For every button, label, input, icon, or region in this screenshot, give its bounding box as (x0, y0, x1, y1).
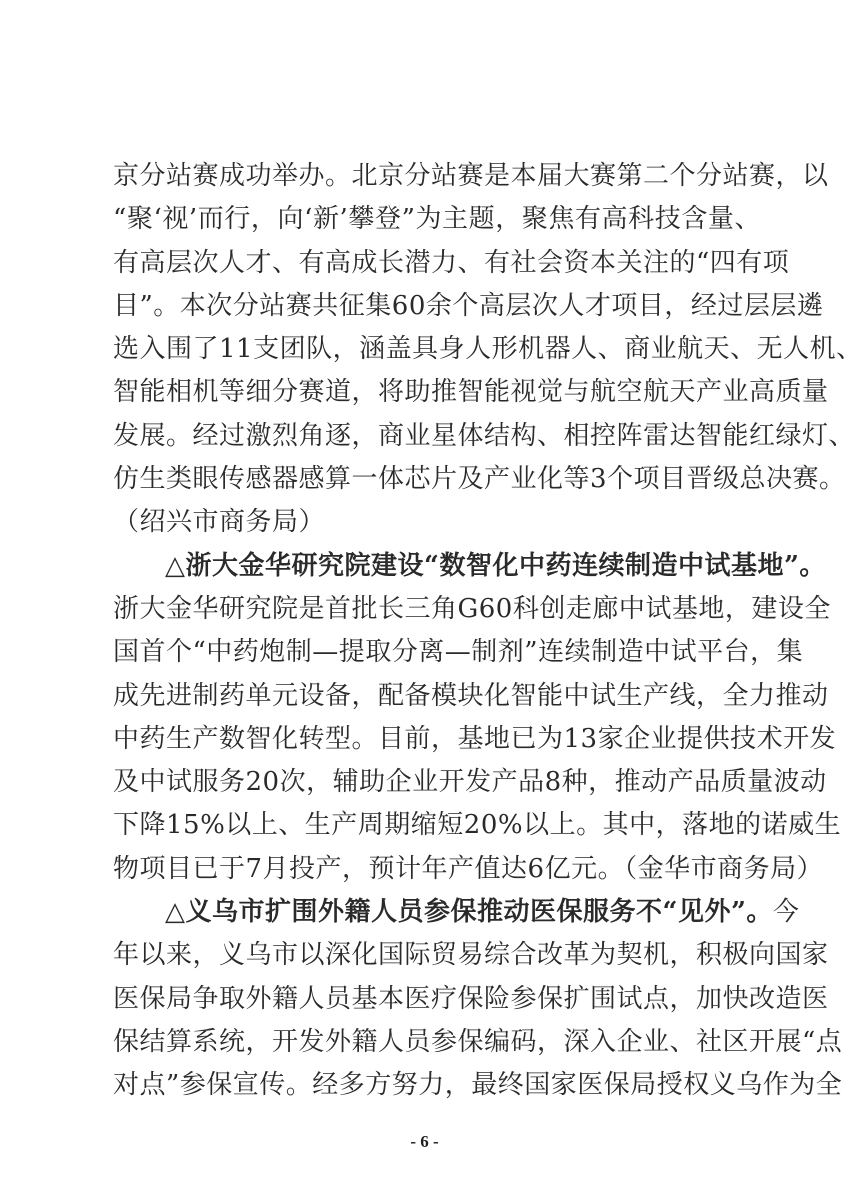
text-line: 选入围了11支团队，涵盖具身人形机器人、商业航天、无人机、 (113, 328, 761, 371)
item-heading: △浙大金华研究院建设“数智化中药连续制造中试基地”。 (113, 545, 761, 588)
document-page: 京分站赛成功举办。北京分站赛是本届大赛第二个分站赛，以 “聚‘视’而行，向‘新’… (0, 0, 849, 1200)
text-line: 及中试服务20次，辅助企业开发产品8种，推动产品质量波动 (113, 761, 761, 804)
body-text: 京分站赛成功举办。北京分站赛是本届大赛第二个分站赛，以 “聚‘视’而行，向‘新’… (113, 155, 761, 1108)
text-line: 浙大金华研究院是首批长三角G60科创走廊中试基地，建设全 (113, 588, 761, 631)
heading-tail-text: 今 (773, 897, 800, 927)
item-heading: △义乌市扩围外籍人员参保推动医保服务不“见外”。 (165, 897, 773, 927)
paragraph-yiwu-insurance: △义乌市扩围外籍人员参保推动医保服务不“见外”。今 年以来，义乌市以深化国际贸易… (113, 891, 761, 1107)
text-line: 下降15%以上、生产周期缩短20%以上。其中，落地的诺威生 (113, 804, 761, 847)
text-line: 年以来，义乌市以深化国际贸易综合改革为契机，积极向国家 (113, 934, 761, 977)
text-line: 京分站赛成功举办。北京分站赛是本届大赛第二个分站赛，以 (113, 155, 761, 198)
text-line: 目”。本次分站赛共征集60余个高层次人才项目，经过层层遴 (113, 285, 761, 328)
text-line: 物项目已于7月投产，预计年产值达6亿元。（金华市商务局） (113, 848, 761, 891)
text-line: 成先进制药单元设备，配备模块化智能中试生产线，全力推动 (113, 675, 761, 718)
text-line: 中药生产数智化转型。目前，基地已为13家企业提供技术开发 (113, 718, 761, 761)
page-number: - 6 - (0, 1132, 849, 1152)
text-line: 仿生类眼传感器感算一体芯片及产业化等3个项目晋级总决赛。 (113, 458, 761, 501)
text-line: “聚‘视’而行，向‘新’攀登”为主题，聚焦有高科技含量、 (113, 198, 761, 241)
text-line: 有高层次人才、有高成长潜力、有社会资本关注的“四有项 (113, 242, 761, 285)
text-line: 对点”参保宣传。经多方努力，最终国家医保局授权义乌作为全 (113, 1064, 761, 1107)
item-heading-line: △义乌市扩围外籍人员参保推动医保服务不“见外”。今 (113, 891, 761, 934)
text-line: 智能相机等细分赛道，将助推智能视觉与航空航天产业高质量 (113, 371, 761, 414)
text-line: 发展。经过激烈角逐，商业星体结构、相控阵雷达智能红绿灯、 (113, 415, 761, 458)
text-line: 保结算系统，开发外籍人员参保编码，深入企业、社区开展“点 (113, 1021, 761, 1064)
source-attribution: （绍兴市商务局） (113, 501, 761, 544)
text-line: 医保局争取外籍人员基本医疗保险参保扩围试点，加快改造医 (113, 978, 761, 1021)
text-line: 国首个“中药炮制—提取分离—制剂”连续制造中试平台，集 (113, 631, 761, 674)
paragraph-beijing-competition: 京分站赛成功举办。北京分站赛是本届大赛第二个分站赛，以 “聚‘视’而行，向‘新’… (113, 155, 761, 545)
paragraph-jinhua-institute: △浙大金华研究院建设“数智化中药连续制造中试基地”。 浙大金华研究院是首批长三角… (113, 545, 761, 891)
